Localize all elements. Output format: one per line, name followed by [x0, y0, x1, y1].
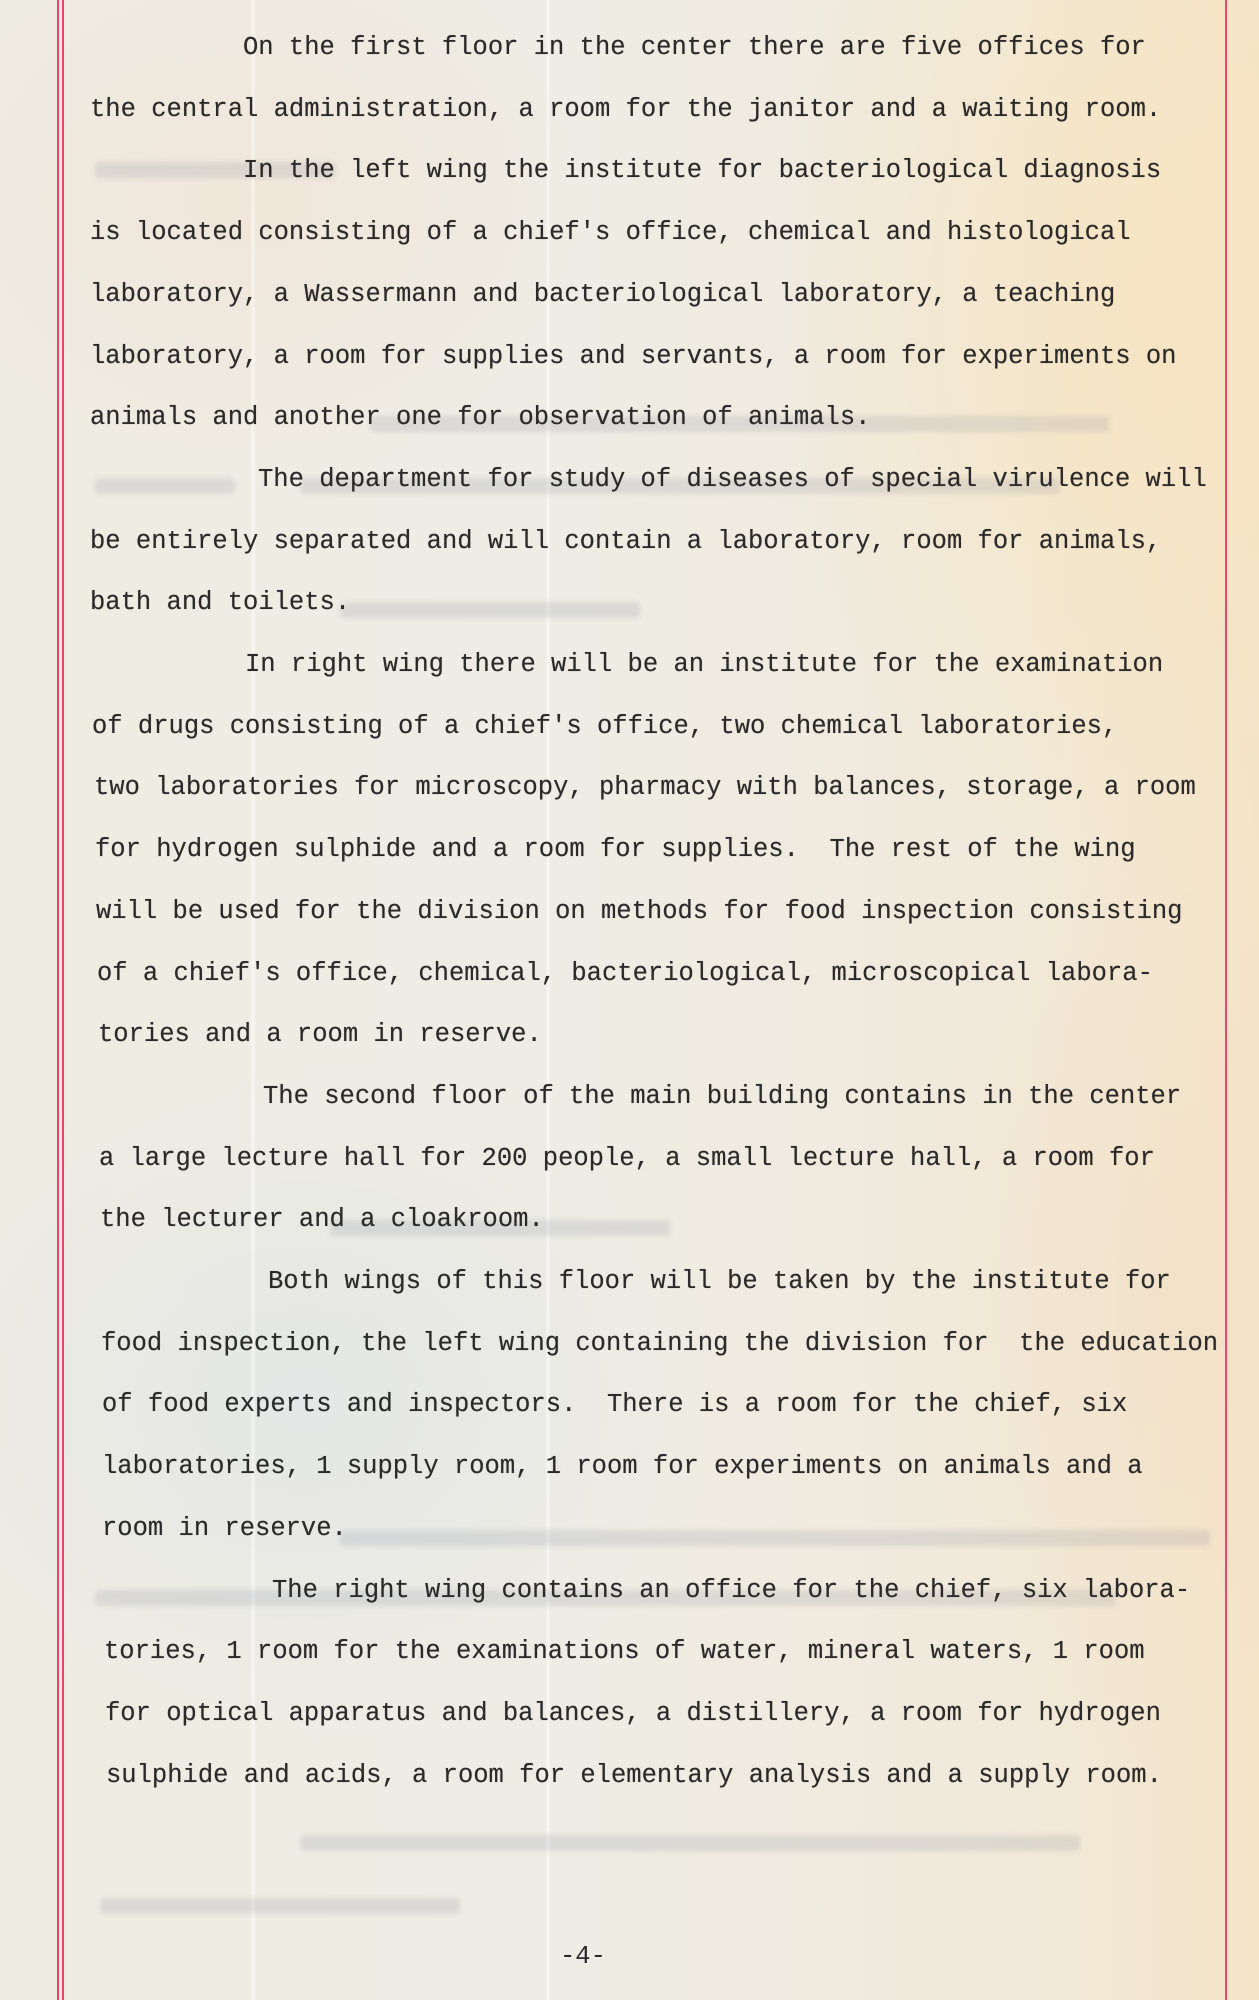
text-line: room in reserve.: [102, 1514, 347, 1544]
text-line: of drugs consisting of a chief's office,…: [92, 712, 1117, 742]
text-line: for hydrogen sulphide and a room for sup…: [95, 835, 1136, 865]
paragraph-first-line: The right wing contains an office for th…: [272, 1576, 1190, 1606]
text-line: of a chief's office, chemical, bacteriol…: [97, 959, 1153, 989]
show-through-text: [100, 1898, 460, 1914]
typewritten-page: On the first floor in the center there a…: [0, 0, 1259, 2000]
left-margin-line: [57, 0, 59, 2000]
text-line: tories, 1 room for the examinations of w…: [104, 1637, 1145, 1667]
text-line: a large lecture hall for 200 people, a s…: [99, 1144, 1155, 1174]
paragraph-first-line: On the first floor in the center there a…: [243, 33, 1146, 63]
text-line: animals and another one for observation …: [90, 403, 870, 433]
left-margin-line: [62, 0, 64, 2000]
text-line: be entirely separated and will contain a…: [90, 527, 1161, 557]
text-line: of food experts and inspectors. There is…: [102, 1390, 1127, 1420]
text-line: food inspection, the left wing containin…: [101, 1329, 1218, 1359]
paragraph-first-line: The second floor of the main building co…: [263, 1082, 1181, 1112]
text-line: sulphide and acids, a room for elementar…: [106, 1761, 1162, 1791]
text-line: will be used for the division on methods…: [96, 897, 1182, 927]
text-line: laboratory, a Wassermann and bacteriolog…: [90, 280, 1115, 310]
text-line: laboratories, 1 supply room, 1 room for …: [102, 1452, 1143, 1482]
text-line: for optical apparatus and balances, a di…: [105, 1699, 1161, 1729]
show-through-text: [95, 478, 235, 494]
text-line: is located consisting of a chief's offic…: [90, 218, 1131, 248]
text-line: laboratory, a room for supplies and serv…: [90, 342, 1176, 372]
show-through-text: [340, 1530, 1210, 1546]
text-line: two laboratories for microscopy, pharmac…: [94, 773, 1196, 803]
text-line: the lecturer and a cloakroom.: [100, 1205, 544, 1235]
paragraph-first-line: Both wings of this floor will be taken b…: [268, 1267, 1171, 1297]
page-number: -4-: [560, 1942, 606, 1972]
show-through-text: [300, 1835, 1080, 1851]
text-line: tories and a room in reserve.: [98, 1020, 542, 1050]
right-margin-line: [1225, 0, 1227, 2000]
paragraph-first-line: In right wing there will be an institute…: [245, 650, 1163, 680]
paragraph-first-line: In the left wing the institute for bacte…: [243, 156, 1161, 186]
paragraph-first-line: The department for study of diseases of …: [258, 465, 1207, 495]
show-through-text: [340, 602, 640, 618]
text-line: the central administration, a room for t…: [90, 95, 1161, 125]
text-line: bath and toilets.: [90, 588, 350, 618]
